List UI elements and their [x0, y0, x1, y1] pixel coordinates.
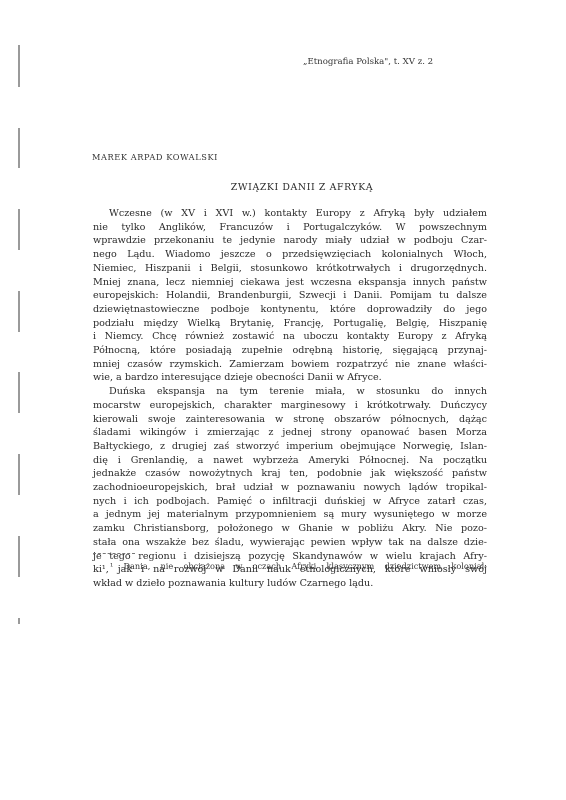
text-line: wprawdzie przekonaniu te jedynie narody … [93, 234, 487, 248]
text-line: wkład w dzieło poznawania kultury ludów … [93, 577, 487, 591]
text-line: a jednym jej materialnym przypomnieniem … [93, 508, 487, 522]
text-line: i Niemcy. Chcę również zostawić na ubocz… [93, 330, 487, 344]
text-line: Wczesne (w XV i XVI w.) kontakty Europy … [93, 207, 487, 221]
scan-margin-line [18, 536, 20, 577]
article-body: Wczesne (w XV i XVI w.) kontakty Europy … [93, 207, 487, 591]
article-title: ZWIĄZKI DANII Z AFRYKĄ [0, 182, 566, 193]
scan-margin-line [18, 209, 20, 250]
footnote-divider [93, 553, 135, 554]
text-line: mocarstw europejskich, charakter margine… [93, 399, 487, 413]
text-line: podziału między Wielką Brytanię, Francję… [93, 317, 487, 331]
scan-margin-line [18, 372, 20, 413]
text-line: Bałtyckiego, z drugiej zaś stworzyć impe… [93, 440, 487, 454]
scan-margin-line [18, 45, 20, 87]
scan-margin-line [18, 291, 20, 332]
text-line: nie tylko Anglików, Francuzów i Portugal… [93, 221, 487, 235]
text-line: stała ona wszakże bez śladu, wywierając … [93, 536, 487, 550]
text-line: Północną, które posiadają zupełnie odręb… [93, 344, 487, 358]
text-line: zamku Christiansborg, położonego w Ghani… [93, 522, 487, 536]
scan-margin-line [18, 618, 20, 624]
text-line: jednakże czasów nowożytnych kraj ten, po… [93, 467, 487, 481]
text-line: śladami wikingów i zmierzając z jednej s… [93, 426, 487, 440]
text-line: wie, a bardzo interesujące dzieje obecno… [93, 371, 487, 385]
text-line: zachodnioeuropejskich, brał udział w poz… [93, 481, 487, 495]
paragraph-1: Wczesne (w XV i XVI w.) kontakty Europy … [93, 207, 487, 385]
paragraph-2: Duńska ekspansja na tym terenie miała, w… [93, 385, 487, 591]
text-line: Mniej znana, lecz niemniej ciekawa jest … [93, 276, 487, 290]
scan-margin-line [18, 454, 20, 495]
text-line: europejskich: Holandii, Brandenburgii, S… [93, 289, 487, 303]
text-line: dię i Grenlandię, a nawet wybrzeża Amery… [93, 454, 487, 468]
text-line: Niemiec, Hiszpanii i Belgii, stosunkowo … [93, 262, 487, 276]
text-line: dziewiętnastowieczne podboje kontynentu,… [93, 303, 487, 317]
article-author: MAREK ARPAD KOWALSKI [92, 152, 218, 162]
footnote-1: ¹ Dania, nie obciążona w oczach Afryki k… [110, 561, 487, 572]
scan-margin-line [18, 128, 20, 168]
text-line: Duńska ekspansja na tym terenie miała, w… [93, 385, 487, 399]
text-line: kierowali swoje zainteresowania w stronę… [93, 413, 487, 427]
text-line: nych i ich podbojach. Pamięć o infiltrac… [93, 495, 487, 509]
text-line: mniej czasów rzymskich. Zamierzam bowiem… [93, 358, 487, 372]
text-line: nego Lądu. Wiadomo jeszcze o przedsięwzi… [93, 248, 487, 262]
journal-header: „Etnografia Polska", t. XV z. 2 [303, 57, 433, 67]
